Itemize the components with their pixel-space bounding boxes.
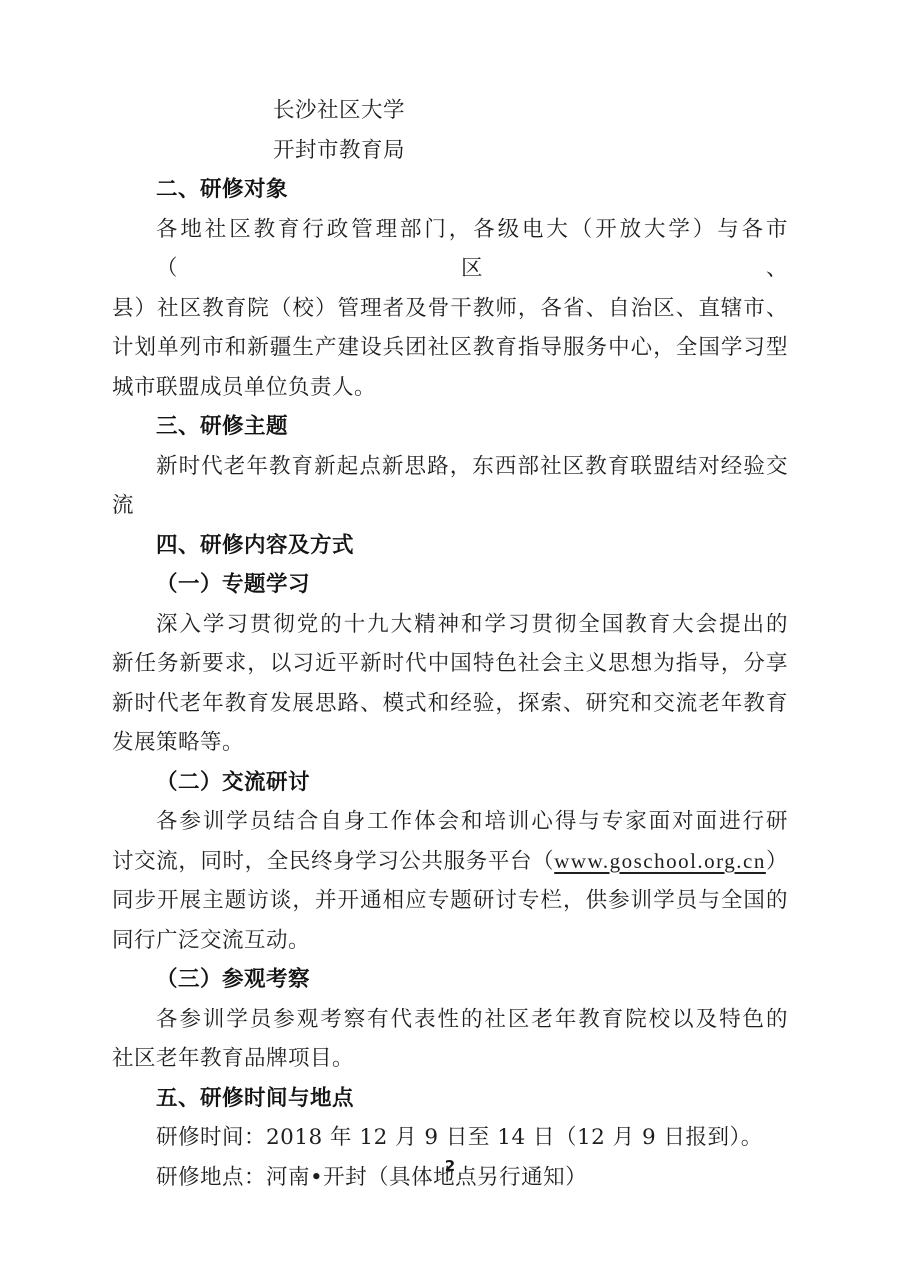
signatory-kaifeng: 开封市教育局 <box>112 131 788 171</box>
para-participants-line-2: 县）社区教育院（校）管理者及骨干教师，各省、自治区、直辖市、 <box>112 289 788 329</box>
para-study-line-4: 发展策略等。 <box>112 723 788 763</box>
page-number: 2 <box>0 1157 900 1175</box>
subheading-1-topic-study: （一）专题学习 <box>112 565 788 605</box>
para-discussion-line-1: 各参训学员结合自身工作体会和培训心得与专家面对面进行研 <box>112 802 788 842</box>
para-participants-line-4: 城市联盟成员单位负责人。 <box>112 368 788 408</box>
heading-section-5-time-place: 五、研修时间与地点 <box>112 1079 788 1119</box>
para-participants-line-1: 各地社区教育行政管理部门，各级电大（开放大学）与各市（区、 <box>112 210 788 289</box>
document-page: 长沙社区大学 开封市教育局 二、研修对象 各地社区教育行政管理部门，各级电大（开… <box>112 91 788 1197</box>
para-visits-line-1: 各参训学员参观考察有代表性的社区老年教育院校以及特色的 <box>112 1000 788 1040</box>
subheading-2-discussion: （二）交流研讨 <box>112 763 788 803</box>
para-training-time: 研修时间：2018 年 12 月 9 日至 14 日（12 月 9 日报到）。 <box>112 1118 788 1158</box>
para-theme-line-2: 流 <box>112 486 788 526</box>
para-study-line-2: 新任务新要求，以习近平新时代中国特色社会主义思想为指导，分享 <box>112 644 788 684</box>
para-discussion-line-2: 讨交流，同时，全民终身学习公共服务平台（www.goschool.org.cn） <box>112 842 788 882</box>
para-study-line-3: 新时代老年教育发展思路、模式和经验，探索、研究和交流老年教育 <box>112 684 788 724</box>
signatory-changsha: 长沙社区大学 <box>112 91 788 131</box>
para-visits-line-2: 社区老年教育品牌项目。 <box>112 1039 788 1079</box>
para-theme-line-1: 新时代老年教育新起点新思路，东西部社区教育联盟结对经验交 <box>112 447 788 487</box>
goschool-link[interactable]: www.goschool.org.cn <box>554 849 766 873</box>
heading-section-2-participants: 二、研修对象 <box>112 170 788 210</box>
para-study-line-1: 深入学习贯彻党的十九大精神和学习贯彻全国教育大会提出的 <box>112 605 788 645</box>
heading-section-3-theme: 三、研修主题 <box>112 407 788 447</box>
para-participants-line-3: 计划单列市和新疆生产建设兵团社区教育指导服务中心，全国学习型 <box>112 328 788 368</box>
para-discussion-line-2-post: ） <box>766 849 788 874</box>
subheading-3-visits: （三）参观考察 <box>112 960 788 1000</box>
para-discussion-line-3: 同步开展主题访谈，并开通相应专题研讨专栏，供参训学员与全国的 <box>112 881 788 921</box>
para-discussion-line-4: 同行广泛交流互动。 <box>112 921 788 961</box>
para-discussion-line-2-pre: 讨交流，同时，全民终身学习公共服务平台（ <box>112 849 554 874</box>
heading-section-4-content: 四、研修内容及方式 <box>112 526 788 566</box>
